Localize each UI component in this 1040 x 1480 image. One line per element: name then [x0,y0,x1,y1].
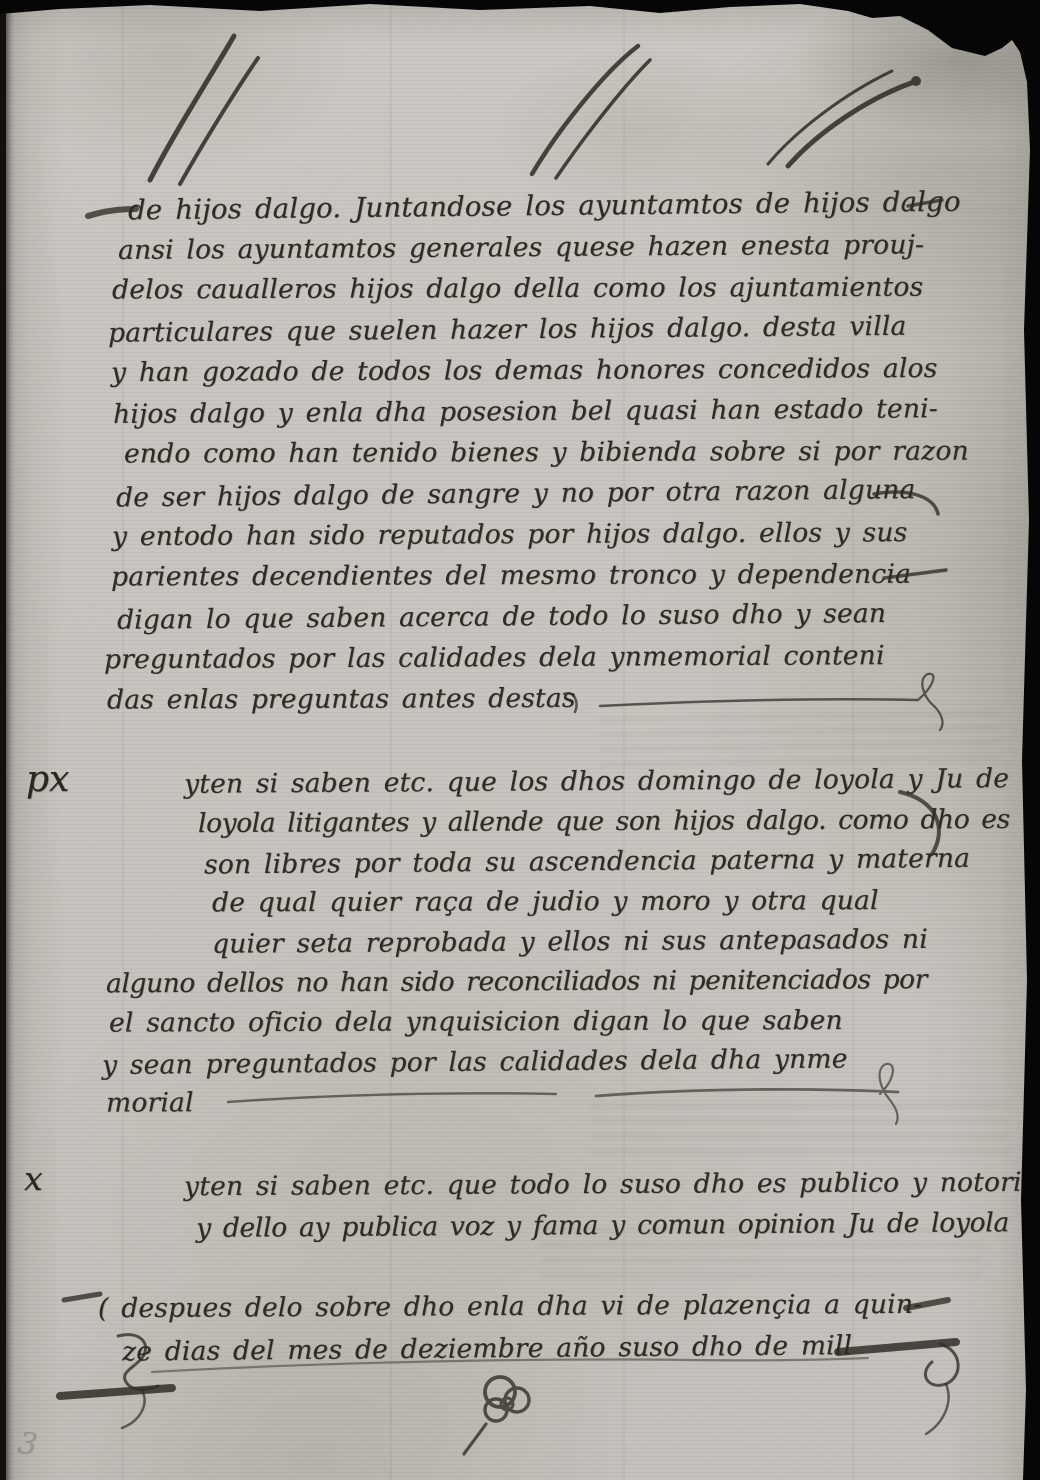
manuscript-line: de qual quier raça de judio y moro y otr… [212,881,1010,924]
manuscript-line: delos caualleros hijos dalgo della como … [112,267,969,311]
binding-gutter [0,0,14,1480]
manuscript-line: hijos dalgo y enla dha posesion bel quas… [113,388,969,435]
manuscript-line: yten si saben etc. que todo lo suso dho … [184,1162,1038,1207]
manuscript-line: ze dias del mes de deziembre año suso dh… [122,1325,923,1374]
manuscript-line: particulares que suelen hazer los hijos … [108,305,969,354]
manuscript-line: endo como han tenido bienes y bibienda s… [124,431,969,475]
manuscript-line: y han gozado de todos los demas honores … [111,348,969,393]
manuscript-line: el sancto oficio dela ynquisicion digan … [109,1000,1010,1043]
paragraph-opening: de hijos dalgo. Juntandose los ayuntamto… [102,186,969,719]
manuscript-line: digan lo que saben acerca de todo lo sus… [117,592,969,640]
manuscript-line: parientes decendientes del mesmo tronco … [111,554,969,598]
knot-doodle [464,1377,529,1454]
manuscript-line: ansi los ayuntamtos generales quese haze… [118,224,969,271]
manuscript-line: yten si saben etc. que los dhos domingo … [184,759,1010,805]
manuscript-line: y sean preguntados por las calidades del… [102,1038,1010,1086]
manuscript-line: preguntados por las calidades dela ynmem… [104,635,969,681]
margin-mark-pregunta: px [26,762,69,798]
manuscript-line: y dello ay publica voz y fama y comun op… [196,1202,1038,1249]
manuscript-line: loyola litigantes y allende que son hijo… [198,800,1010,844]
manuscript-page: de hijos dalgo. Juntandose los ayuntamto… [0,0,1040,1480]
folio-slash-marks [150,36,921,184]
paragraph-yten-first: yten si saben etc. que los dhos domingo … [100,762,1010,1122]
paragraph-yten-second: yten si saben etc. que todo lo suso dho … [100,1164,1038,1246]
manuscript-line: alguno dellos no han sido reconciliados … [106,960,1010,1005]
paper-sheet: de hijos dalgo. Juntandose los ayuntamto… [0,0,1040,1480]
manuscript-line: de ser hijos dalgo de sangre y no por ot… [116,469,969,519]
manuscript-line: son libres por toda su ascendencia pater… [204,838,1010,885]
manuscript-line: morial [106,1080,1010,1123]
manuscript-line: das enlas preguntas antes destas [107,676,969,720]
margin-mark-item: x [24,1162,43,1195]
paragraph-closing-date: ( despues delo sobre dho enla dha vi de … [86,1286,922,1370]
manuscript-line: quier seta reprobada y ellos ni sus ante… [212,919,1010,965]
margin-mark-corner: 3 [16,1429,39,1461]
manuscript-line: y entodo han sido reputados por hijos da… [112,512,969,557]
manuscript-line: ( despues delo sobre dho enla dha vi de … [98,1284,922,1330]
